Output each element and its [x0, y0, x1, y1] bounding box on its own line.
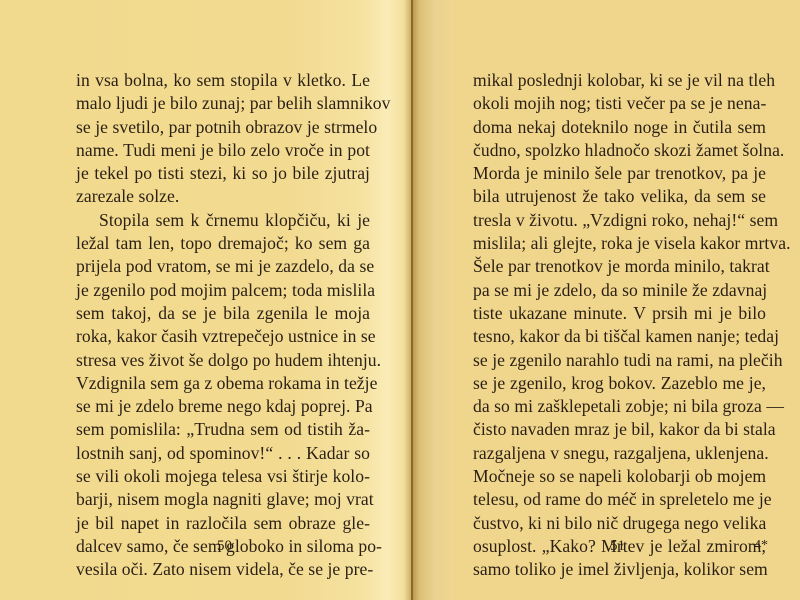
left-page-text: in vsa bolna, ko sem stopila v kletko. L…: [76, 69, 370, 582]
text-line: mikal poslednji kolobar, ki se je vil na…: [473, 69, 766, 92]
text-line: se mi je zdelo breme nego kdaj poprej. P…: [76, 395, 370, 418]
right-page-text: mikal poslednji kolobar, ki se je vil na…: [473, 69, 766, 582]
text-line: je zgenilo pod mojim palcem; toda mislil…: [76, 279, 370, 302]
text-line: in vsa bolna, ko sem stopila v kletko. L…: [76, 69, 370, 92]
text-line: Močneje so se napeli kolobarji ob mojem: [473, 465, 766, 488]
text-line: da so mi zašklepetali zobje; ni bila gro…: [473, 395, 766, 418]
text-line: se je zgenilo, krog bokov. Zazeblo me je…: [473, 372, 766, 395]
text-line: tiste ukazane minute. V prsih mi je bilo: [473, 302, 766, 325]
page-number-left: 50: [217, 538, 232, 555]
text-line: stresa ves život še dolgo po hudem ihten…: [76, 349, 370, 372]
book-spread: in vsa bolna, ko sem stopila v kletko. L…: [0, 0, 800, 600]
text-line: sem pomislila: „Trudna sem od tistih ža-: [76, 418, 370, 441]
text-line: tesno, kakor da bi tiščal kamen nanje; t…: [473, 325, 766, 348]
text-line: se vili okoli mojega telesa vsi štirje k…: [76, 465, 370, 488]
text-line: samo toliko je imel življenja, kolikor s…: [473, 558, 766, 581]
text-line: je bil napet in razločila sem obraze gle…: [76, 512, 370, 535]
text-line: se je svetilo, par potnih obrazov je str…: [76, 116, 370, 139]
text-line: mislila; ali glejte, roka je visela kako…: [473, 232, 766, 255]
book-gutter: [411, 0, 413, 600]
text-line: barji, nisem mogla nagniti glave; moj vr…: [76, 488, 370, 511]
text-line: ležal tam len, topo dremajoč; ko sem ga: [76, 232, 370, 255]
signature-mark: 4*: [754, 538, 768, 554]
text-line: pa se mi je zdelo, da so minile že zdavn…: [473, 279, 766, 302]
text-line: malo ljudi je bilo zunaj; par belih slam…: [76, 92, 370, 115]
text-line: čustvo, ki ni bilo nič drugega nego veli…: [473, 512, 766, 535]
text-line: lostnih sanj, od spominov!“ . . . Kadar …: [76, 442, 370, 465]
text-line: je tekel po tisti stezi, ki so jo bile z…: [76, 162, 370, 185]
text-line: razgaljena v snegu, razgaljena, uklenjen…: [473, 442, 766, 465]
text-line: okoli mojih nog; tisti večer pa se je ne…: [473, 92, 766, 115]
text-line: Stopila sem k črnemu klopčiču, ki je: [76, 209, 370, 232]
text-line: roka, kakor časih vztrepečejo ustnice in…: [76, 325, 370, 348]
text-line: Šele par trenotkov je morda minilo, takr…: [473, 255, 766, 278]
text-line: zarezale solze.: [76, 185, 370, 208]
text-line: sem takoj, da se je bila zgenila le moja: [76, 302, 370, 325]
text-line: čisto navaden mraz je bil, kakor da bi s…: [473, 418, 766, 441]
text-line: vesila oči. Zato nisem videla, če se je …: [76, 558, 370, 581]
text-line: prijela pod vratom, se mi je zazdelo, da…: [76, 255, 370, 278]
text-line: čudno, spolzko hladnočo skozi žamet šoln…: [473, 139, 766, 162]
text-line: Morda je minilo šele par trenotkov, pa j…: [473, 162, 766, 185]
text-line: bila utrujenost že tako velika, da sem s…: [473, 185, 766, 208]
text-line: se je zgenilo narahlo tudi na rami, na p…: [473, 349, 766, 372]
page-number-right: 51: [610, 538, 625, 555]
text-line: telesu, od rame do méč in spreletelo me …: [473, 488, 766, 511]
text-line: Vzdignila sem ga z obema rokama in težje: [76, 372, 370, 395]
text-line: doma nekaj doteknilo noge in čutila sem: [473, 116, 766, 139]
text-line: tresla v životu. „Vzdigni roko, nehaj!“ …: [473, 209, 766, 232]
text-line: name. Tudi meni je bilo zelo vroče in po…: [76, 139, 370, 162]
